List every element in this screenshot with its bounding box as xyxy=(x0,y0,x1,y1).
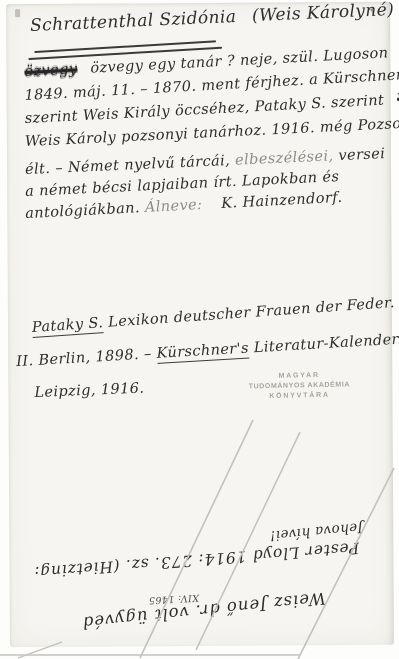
inverted-note-line-2: Pester Lloyd 1914: 273. sz. (Hietzing: xyxy=(13,537,379,583)
bib-text: II. Berlin, 1898. – xyxy=(16,346,157,370)
scanned-archive-card: Schrattenthal Szidónia (Weis Károlyné) ö… xyxy=(0,0,399,659)
body-text-faint: elbeszélései, xyxy=(235,148,334,168)
corner-plus-mark: + xyxy=(369,5,379,15)
pseudonym-value: K. Hainzendorf. xyxy=(221,190,343,212)
paper-corner-crease xyxy=(15,9,20,17)
title-underline-1 xyxy=(34,40,216,52)
body-text: élt. – Német nyelvű tárcái, xyxy=(25,153,236,178)
author-ref: Pataky S. xyxy=(31,315,104,338)
body-text: antológiákban. xyxy=(25,200,145,222)
bib-text: Lexikon deutscher Frauen der Feder. xyxy=(103,295,396,331)
library-stamp: MAGYAR TUDOMÁNYOS AKADÉMIA KÖNYVTÁRA xyxy=(233,370,366,403)
struck-word: özvegy xyxy=(24,61,78,80)
person-name: Schrattenthal Szidónia xyxy=(30,7,237,36)
photo-bottom-edge xyxy=(0,654,300,656)
bibliography-line-3: Leipzig, 1916. xyxy=(34,381,145,401)
body-text: versei xyxy=(333,146,385,164)
bib-text: Literatur-Kalender. xyxy=(248,332,399,357)
pseudonym-label: Álneve: xyxy=(145,197,208,216)
bibliography-line-1: Pataky S. Lexikon deutscher Frauen der F… xyxy=(31,295,395,336)
card-title: Schrattenthal Szidónia (Weis Károlyné) xyxy=(30,0,395,36)
kurschner-ref: Kürschner's xyxy=(156,341,249,364)
index-card-paper: Schrattenthal Szidónia (Weis Károlyné) ö… xyxy=(6,2,394,647)
bibliography-line-2: II. Berlin, 1898. – Kürschner's Literatu… xyxy=(16,332,399,371)
